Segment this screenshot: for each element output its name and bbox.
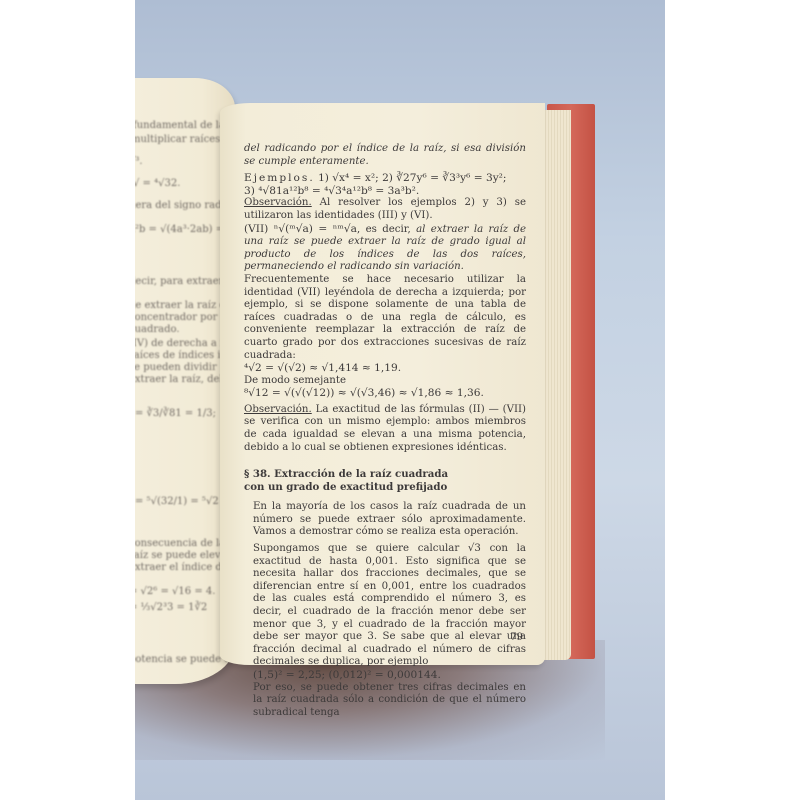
example-1: 1) √x⁴ = x²;: [318, 172, 379, 184]
book-photo: fundamental de la raíz (I), multiplicar …: [135, 0, 665, 800]
left-page-line: se pueden dividir: [135, 362, 217, 373]
section-heading-line-2: con un grado de exactitud prefijado: [244, 481, 447, 493]
paragraph-suppose: Supongamos que se quiere calcular √3 con…: [244, 543, 526, 669]
identity-vii-formula: (VII) ⁿ√(ᵐ√a) = ⁿᵐ√a,: [244, 223, 360, 235]
examples-label: Ejemplos.: [244, 172, 315, 184]
left-page-line: = √2⁶ = √16 = 4.: [135, 586, 215, 597]
paragraph-frequently: Frecuentemente se hace necesario utiliza…: [244, 274, 526, 362]
page-text: del radicando por el índice de la raíz, …: [244, 143, 526, 719]
left-page-line: cuadrado.: [135, 324, 180, 335]
left-page-line: = ∛3/∛81 = 1/3;: [135, 408, 216, 419]
formula-squares: (1,5)² = 2,25; (0,012)² = 0,000144.: [244, 669, 526, 682]
observation-1-label: Observación.: [244, 197, 312, 208]
observation-2-label: Observación.: [244, 404, 312, 415]
example-2: 2) ∛27y⁶ = ∛3³y⁶ = 3y²;: [382, 172, 506, 184]
example-3: 3) ⁴√81a¹²b⁸ = ⁴√3⁴a¹²b⁸ = 3a³b².: [244, 185, 526, 198]
examples-line-1: Ejemplos. 1) √x⁴ = x²; 2) ∛27y⁶ = ∛3³y⁶ …: [244, 172, 526, 185]
section-heading: § 38. Extracción de la raíz cuadradacon …: [244, 468, 526, 493]
section-heading-line-1: § 38. Extracción de la raíz cuadrada: [244, 468, 448, 480]
left-page-line: √̄³.: [135, 156, 143, 167]
identity-vii-lead: es decir,: [366, 224, 411, 235]
left-page-line: = ⅓√2³3 = 1∛2: [135, 602, 207, 613]
paragraph-therefore: Por eso, se puede obtener tres cifras de…: [244, 682, 526, 720]
similarly-label: De modo semejante: [244, 375, 526, 388]
paragraph-radicand: del radicando por el índice de la raíz, …: [244, 143, 526, 168]
observation-2: Observación. La exactitud de las fórmula…: [244, 404, 526, 454]
paragraph-majority: En la mayoría de los casos la raíz cuadr…: [244, 501, 526, 539]
observation-1: Observación. Al resolver los ejemplos 2)…: [244, 197, 526, 222]
page-number: 79: [510, 632, 523, 643]
formula-fourth-root-2: ⁴√2 = √(√2) ≈ √1,414 ≈ 1,19.: [244, 362, 526, 375]
left-page-line: ⁵√ = ⁴√32.: [135, 178, 180, 189]
left-page-line: = ⁵√(32/1) = ⁵√2: [135, 496, 219, 507]
formula-eighth-root-12: ⁸√12 = √(√(√12)) ≈ √(√3,46) ≈ √1,86 ≈ 1,…: [244, 387, 526, 400]
right-page: del radicando por el índice de la raíz, …: [220, 103, 545, 665]
identity-vii: (VII) ⁿ√(ᵐ√a) = ⁿᵐ√a, es decir, al extra…: [244, 223, 526, 274]
